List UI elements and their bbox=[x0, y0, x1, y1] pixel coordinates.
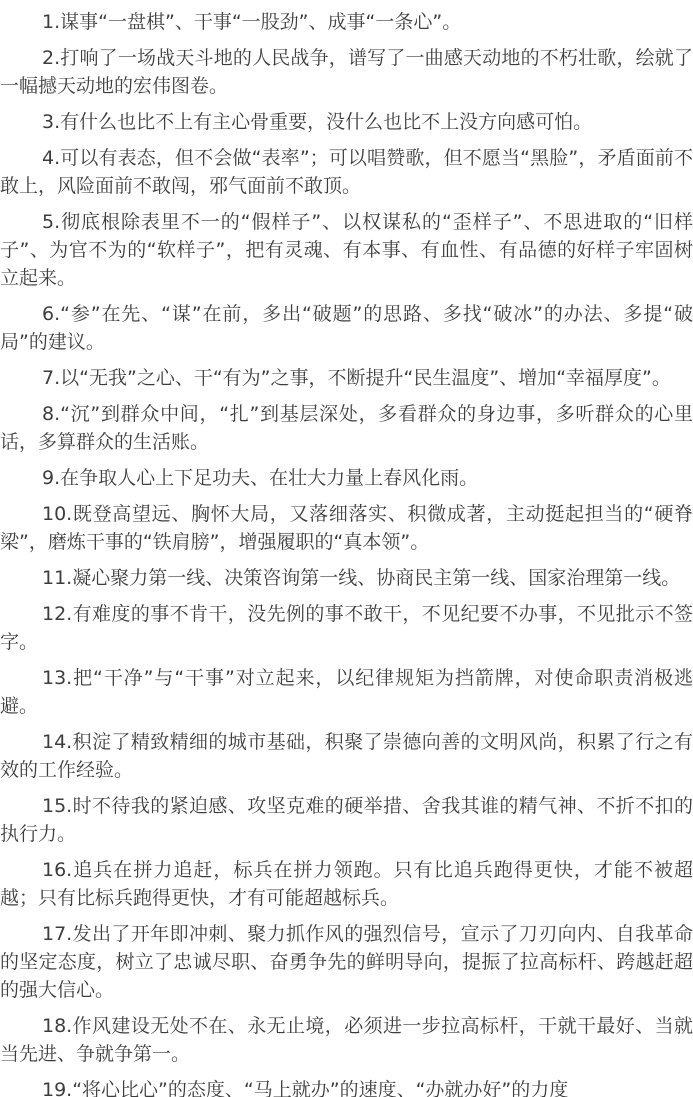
list-paragraph: 3.有什么也比不上有主心骨重要，没什么也比不上没方向感可怕。 bbox=[0, 108, 693, 136]
list-paragraph: 6.“参”在先、“谋”在前，多出“破题”的思路、多找“破冰”的办法、多提“破局”… bbox=[0, 300, 693, 356]
list-paragraph: 7.以“无我”之心、干“有为”之事，不断提升“民生温度”、增加“幸福厚度”。 bbox=[0, 364, 693, 392]
list-paragraph: 5.彻底根除表里不一的“假样子”、以权谋私的“歪样子”、不思进取的“旧样子”、为… bbox=[0, 208, 693, 292]
list-paragraph: 2.打响了一场战天斗地的人民战争，谱写了一曲感天动地的不朽壮歌，绘就了一幅撼天动… bbox=[0, 44, 693, 100]
list-paragraph: 14.积淀了精致精细的城市基础，积聚了崇德向善的文明风尚，积累了行之有效的工作经… bbox=[0, 728, 693, 784]
list-paragraph: 4.可以有表态，但不会做“表率”；可以唱赞歌，但不愿当“黑脸”，矛盾面前不敢上，… bbox=[0, 144, 693, 200]
document-page: { "page": { "background_color": "#ffffff… bbox=[0, 0, 693, 1097]
list-paragraph: 16.追兵在拼力追赶，标兵在拼力领跑。只有比追兵跑得更快，才能不被超越；只有比标… bbox=[0, 856, 693, 912]
list-paragraph: 15.时不待我的紧迫感、攻坚克难的硬举措、舍我其谁的精气神、不折不扣的执行力。 bbox=[0, 792, 693, 848]
list-paragraph: 10.既登高望远、胸怀大局，又落细落实、积微成著，主动挺起担当的“硬脊梁”，磨炼… bbox=[0, 500, 693, 556]
list-paragraph: 18.作风建设无处不在、永无止境，必须进一步拉高标杆，干就干最好、当就当先进、争… bbox=[0, 1012, 693, 1068]
list-paragraph: 13.把“干净”与“干事”对立起来，以纪律规矩为挡箭牌，对使命职责消极逃避。 bbox=[0, 664, 693, 720]
list-paragraph: 9.在争取人心上下足功夫、在壮大力量上春风化雨。 bbox=[0, 464, 693, 492]
list-paragraph: 19.“将心比心”的态度、“马上就办”的速度、“办就办好”的力度 bbox=[0, 1076, 693, 1097]
list-paragraph: 17.发出了开年即冲刺、聚力抓作风的强烈信号，宣示了刀刃向内、自我革命的坚定态度… bbox=[0, 920, 693, 1004]
list-paragraph: 11.凝心聚力第一线、决策咨询第一线、协商民主第一线、国家治理第一线。 bbox=[0, 564, 693, 592]
numbered-list: 1.谋事“一盘棋”、干事“一股劲”、成事“一条心”。 2.打响了一场战天斗地的人… bbox=[0, 8, 693, 1097]
list-paragraph: 1.谋事“一盘棋”、干事“一股劲”、成事“一条心”。 bbox=[0, 8, 693, 36]
list-paragraph: 8.“沉”到群众中间，“扎”到基层深处，多看群众的身边事，多听群众的心里话，多算… bbox=[0, 400, 693, 456]
list-paragraph: 12.有难度的事不肯干，没先例的事不敢干，不见纪要不办事，不见批示不签字。 bbox=[0, 600, 693, 656]
